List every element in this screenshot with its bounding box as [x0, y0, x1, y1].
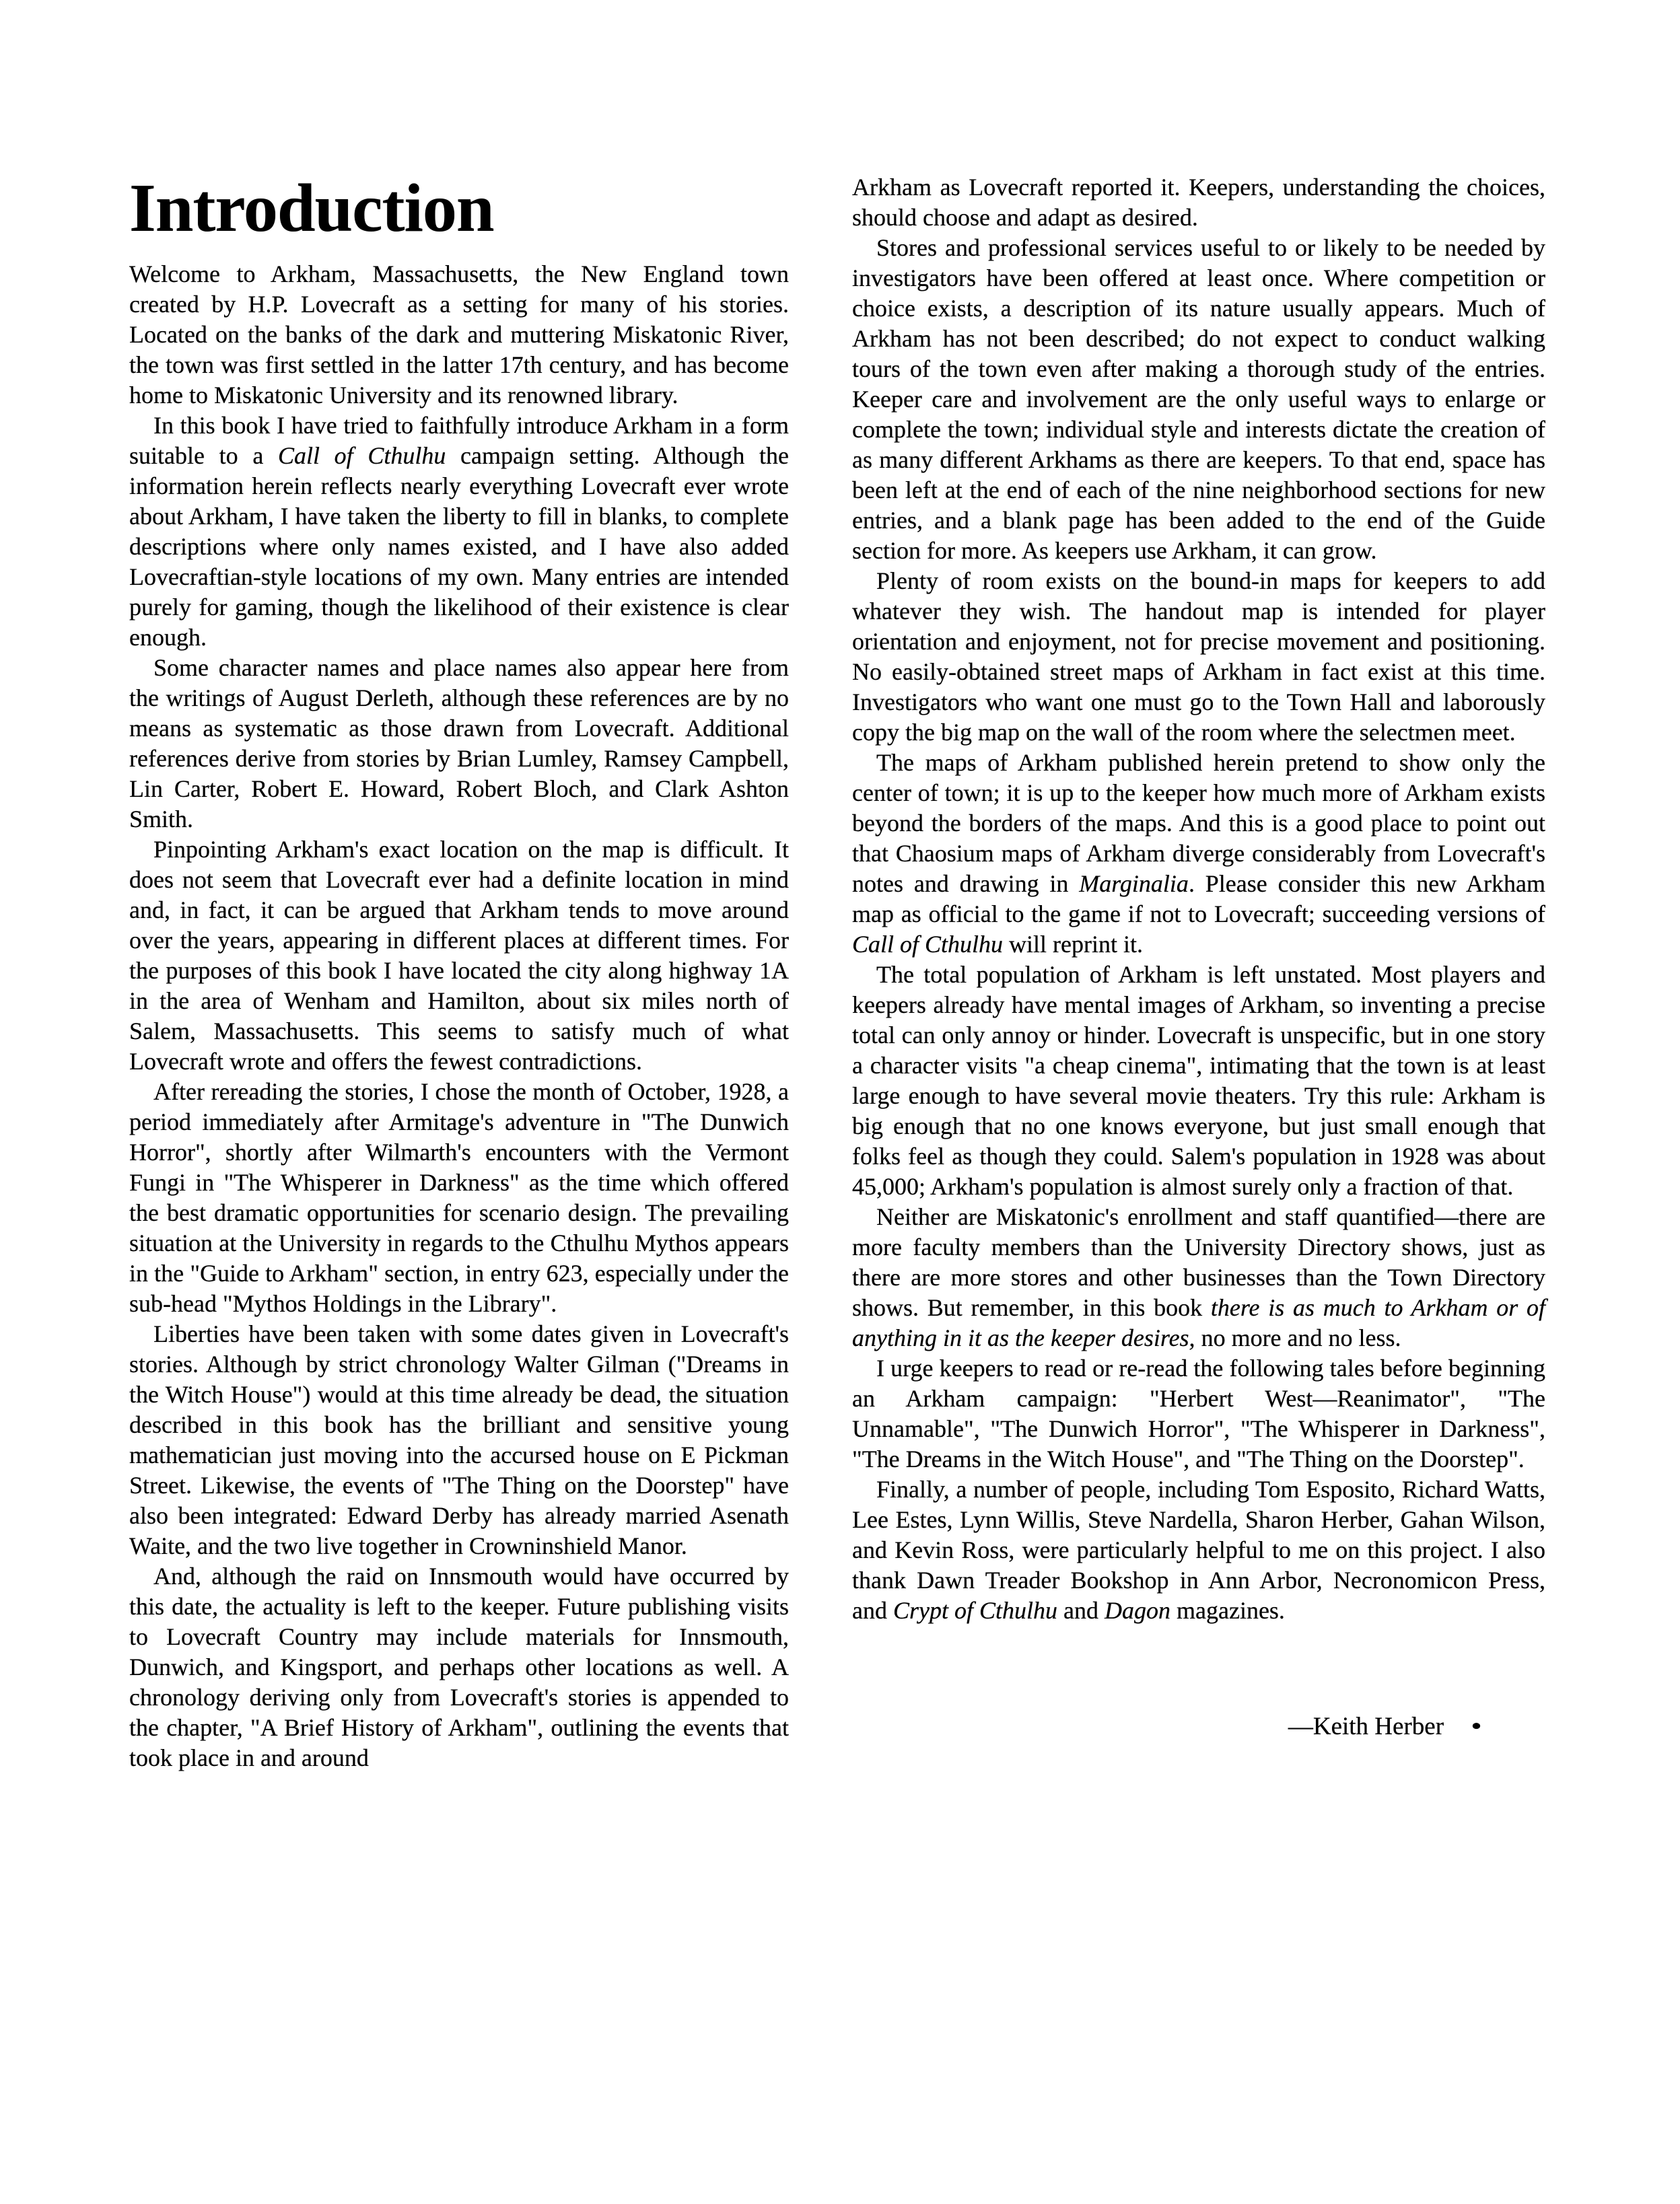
- author-name: —Keith Herber: [1288, 1713, 1444, 1740]
- end-bullet-icon: •: [1471, 1712, 1481, 1741]
- author-signature: —Keith Herber•: [852, 1712, 1545, 1741]
- right-column: Arkham as Lovecraft reported it. Keepers…: [852, 172, 1545, 1741]
- body-paragraph: Liberties have been taken with some date…: [129, 1319, 789, 1561]
- body-paragraph: The maps of Arkham published herein pret…: [852, 748, 1545, 960]
- body-paragraph: Neither are Miskatonic's enrollment and …: [852, 1202, 1545, 1353]
- body-paragraph: Some character names and place names als…: [129, 653, 789, 834]
- body-paragraph: Stores and professional services useful …: [852, 233, 1545, 566]
- book-page: Introduction Welcome to Arkham, Massachu…: [0, 0, 1680, 2204]
- body-paragraph: Welcome to Arkham, Massachusetts, the Ne…: [129, 259, 789, 411]
- body-paragraph: The total population of Arkham is left u…: [852, 960, 1545, 1202]
- body-paragraph: And, although the raid on Innsmouth woul…: [129, 1561, 789, 1773]
- body-paragraph: Plenty of room exists on the bound-in ma…: [852, 566, 1545, 748]
- body-paragraph: In this book I have tried to faithfully …: [129, 411, 789, 653]
- left-column: Introduction Welcome to Arkham, Massachu…: [129, 172, 789, 1773]
- body-paragraph: Finally, a number of people, including T…: [852, 1474, 1545, 1626]
- page-title: Introduction: [129, 172, 789, 244]
- body-paragraph: Pinpointing Arkham's exact location on t…: [129, 834, 789, 1077]
- body-paragraph: Arkham as Lovecraft reported it. Keepers…: [852, 172, 1545, 233]
- two-column-layout: Introduction Welcome to Arkham, Massachu…: [129, 172, 1545, 1773]
- body-paragraph: I urge keepers to read or re-read the fo…: [852, 1353, 1545, 1474]
- body-paragraph: After rereading the stories, I chose the…: [129, 1077, 789, 1319]
